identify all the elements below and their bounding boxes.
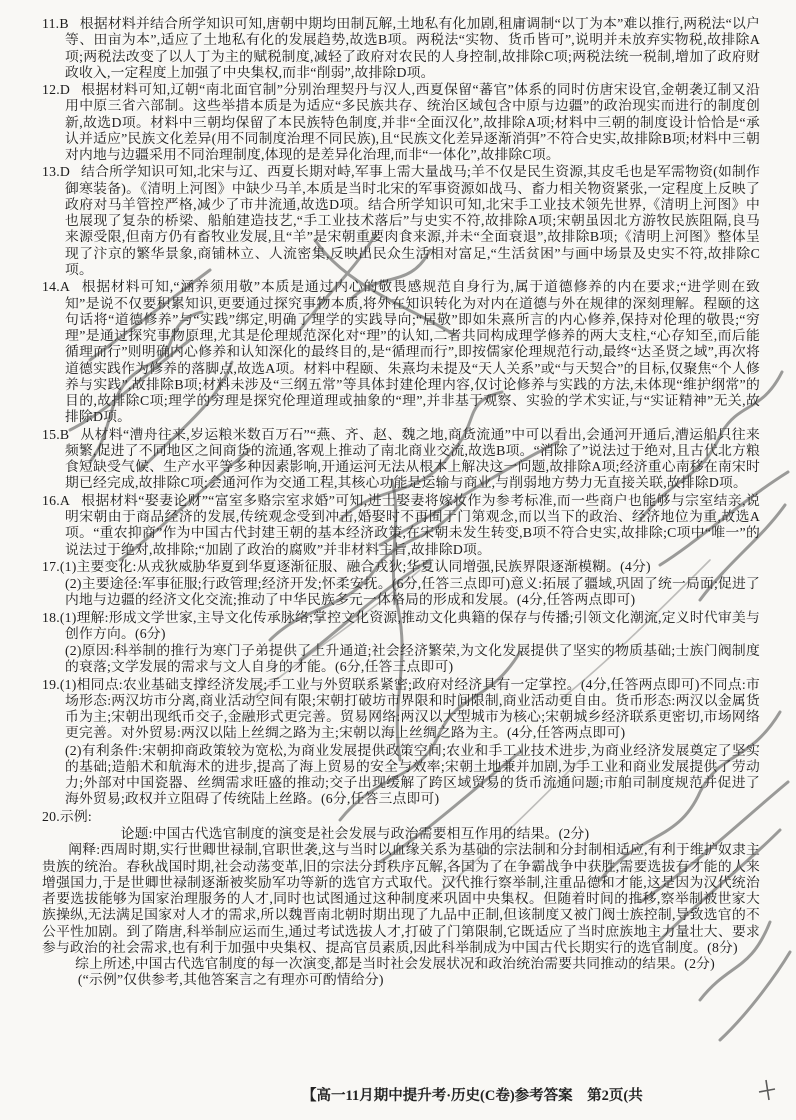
answer-text: 从材料“漕舟往来,岁运粮米数百万石”“燕、齐、赵、魏之地,商货流通”中可以看出,… xyxy=(65,427,760,491)
answer-item-15: 15.B从材料“漕舟往来,岁运粮米数百万石”“燕、齐、赵、魏之地,商货流通”中可… xyxy=(42,427,760,492)
answer-item-14: 14.A根据材料可知,“涵养须用敬”本质是通过内心的敬畏感规范自身行为,属于道德… xyxy=(42,279,760,425)
answer-item-13: 13.D结合所学知识可知,北宋与辽、西夏长期对峙,军事上需大量战马;羊不仅是民生… xyxy=(42,164,760,278)
scanned-answer-page: 11.B根据材料并结合所学知识可知,唐朝中期均田制瓦解,土地私有化加剧,租庸调制… xyxy=(0,0,796,1120)
answer-text: 根据材料可知,辽朝“南北面官制”分别治理契丹与汉人,西夏保留“蕃官”体系的同时仿… xyxy=(65,82,760,162)
answer-number: 13.D xyxy=(42,164,70,179)
answer-number: 18. xyxy=(42,610,60,625)
answer-item-20-conclusion: 综上所述,中国古代选官制度的每一次演变,都是当时社会发展状况和政治统治需要共同推… xyxy=(42,956,760,972)
answer-label: 示例: xyxy=(60,809,92,824)
answer-number: 14.A xyxy=(42,279,70,294)
answer-item-20: 20.示例: xyxy=(42,809,760,825)
answer-item-19-part2: (2)有利条件:宋朝抑商政策较为宽松,为商业发展提供政策空间;农业和手工业技术进… xyxy=(42,743,760,808)
answer-text: (1)相同点:农业基础支撑经济发展;手工业与外贸联系紧密;政府对经济具有一定掌控… xyxy=(60,677,760,741)
answer-text: 根据材料可知,“涵养须用敬”本质是通过内心的敬畏感规范自身行为,属于道德修养的内… xyxy=(65,279,760,424)
answer-item-17-part2: (2)主要途径:军事征服;行政管理;经济开发;怀柔安抚。(6分,任答三点即可)意… xyxy=(42,576,760,609)
page-footer: 【高一11月期中提升考·历史(C卷)参考答案 第2页(共 xyxy=(302,1084,643,1105)
answer-item-18-part2: (2)原因:科举制的推行为寒门子弟提供了上升通道;社会经济繁荣,为文化发展提供了… xyxy=(42,643,760,676)
answer-text: (1)理解:形成文学世家,主导文化传承脉络;掌控文化资源,推动文化典籍的保存与传… xyxy=(60,610,760,641)
answer-text: 根据材料并结合所学知识可知,唐朝中期均田制瓦解,土地私有化加剧,租庸调制“以丁为… xyxy=(65,16,760,80)
answer-item-18: 18.(1)理解:形成文学世家,主导文化传承脉络;掌控文化资源,推动文化典籍的保… xyxy=(42,610,760,643)
answer-item-20-note: (“示例”仅供参考,其他答案言之有理亦可酌情给分) xyxy=(42,972,760,988)
answer-item-17: 17.(1)主要变化:从戎狄威胁华夏到华夏逐渐征服、融合戎狄;华夏认同增强,民族… xyxy=(42,559,760,575)
answer-item-16: 16.A根据材料“娶妻论财”“富室多赂宗室求婚”可知,进士娶妻将嫁妆作为参考标准… xyxy=(42,493,760,558)
answer-text: 根据材料“娶妻论财”“富室多赂宗室求婚”可知,进士娶妻将嫁妆作为参考标准,而一些… xyxy=(65,493,760,557)
answer-number: 15.B xyxy=(42,427,69,442)
scan-artifact xyxy=(759,1080,775,1100)
answer-item-20-thesis: 论题:中国古代选官制度的演变是社会发展与政治需要相互作用的结果。(2分) xyxy=(42,826,760,842)
answer-content: 11.B根据材料并结合所学知识可知,唐朝中期均田制瓦解,土地私有化加剧,租庸调制… xyxy=(42,16,760,989)
answer-item-20-explain: 阐释:西周时期,实行世卿世禄制,官职世袭,这与当时以血缘关系为基础的宗法制和分封… xyxy=(42,842,760,956)
answer-number: 19. xyxy=(42,677,60,692)
answer-item-11: 11.B根据材料并结合所学知识可知,唐朝中期均田制瓦解,土地私有化加剧,租庸调制… xyxy=(42,16,760,81)
answer-number: 12.D xyxy=(42,82,70,97)
answer-number: 16.A xyxy=(42,493,70,508)
answer-text: (1)主要变化:从戎狄威胁华夏到华夏逐渐征服、融合戎狄;华夏认同增强,民族界限逐… xyxy=(60,559,651,574)
answer-number: 17. xyxy=(42,559,60,574)
answer-text: 结合所学知识可知,北宋与辽、西夏长期对峙,军事上需大量战马;羊不仅是民生资源,其… xyxy=(65,164,760,277)
answer-item-12: 12.D根据材料可知,辽朝“南北面官制”分别治理契丹与汉人,西夏保留“蕃官”体系… xyxy=(42,82,760,163)
answer-item-19: 19.(1)相同点:农业基础支撑经济发展;手工业与外贸联系紧密;政府对经济具有一… xyxy=(42,677,760,742)
answer-number: 11.B xyxy=(42,16,69,31)
answer-number: 20. xyxy=(42,809,60,824)
